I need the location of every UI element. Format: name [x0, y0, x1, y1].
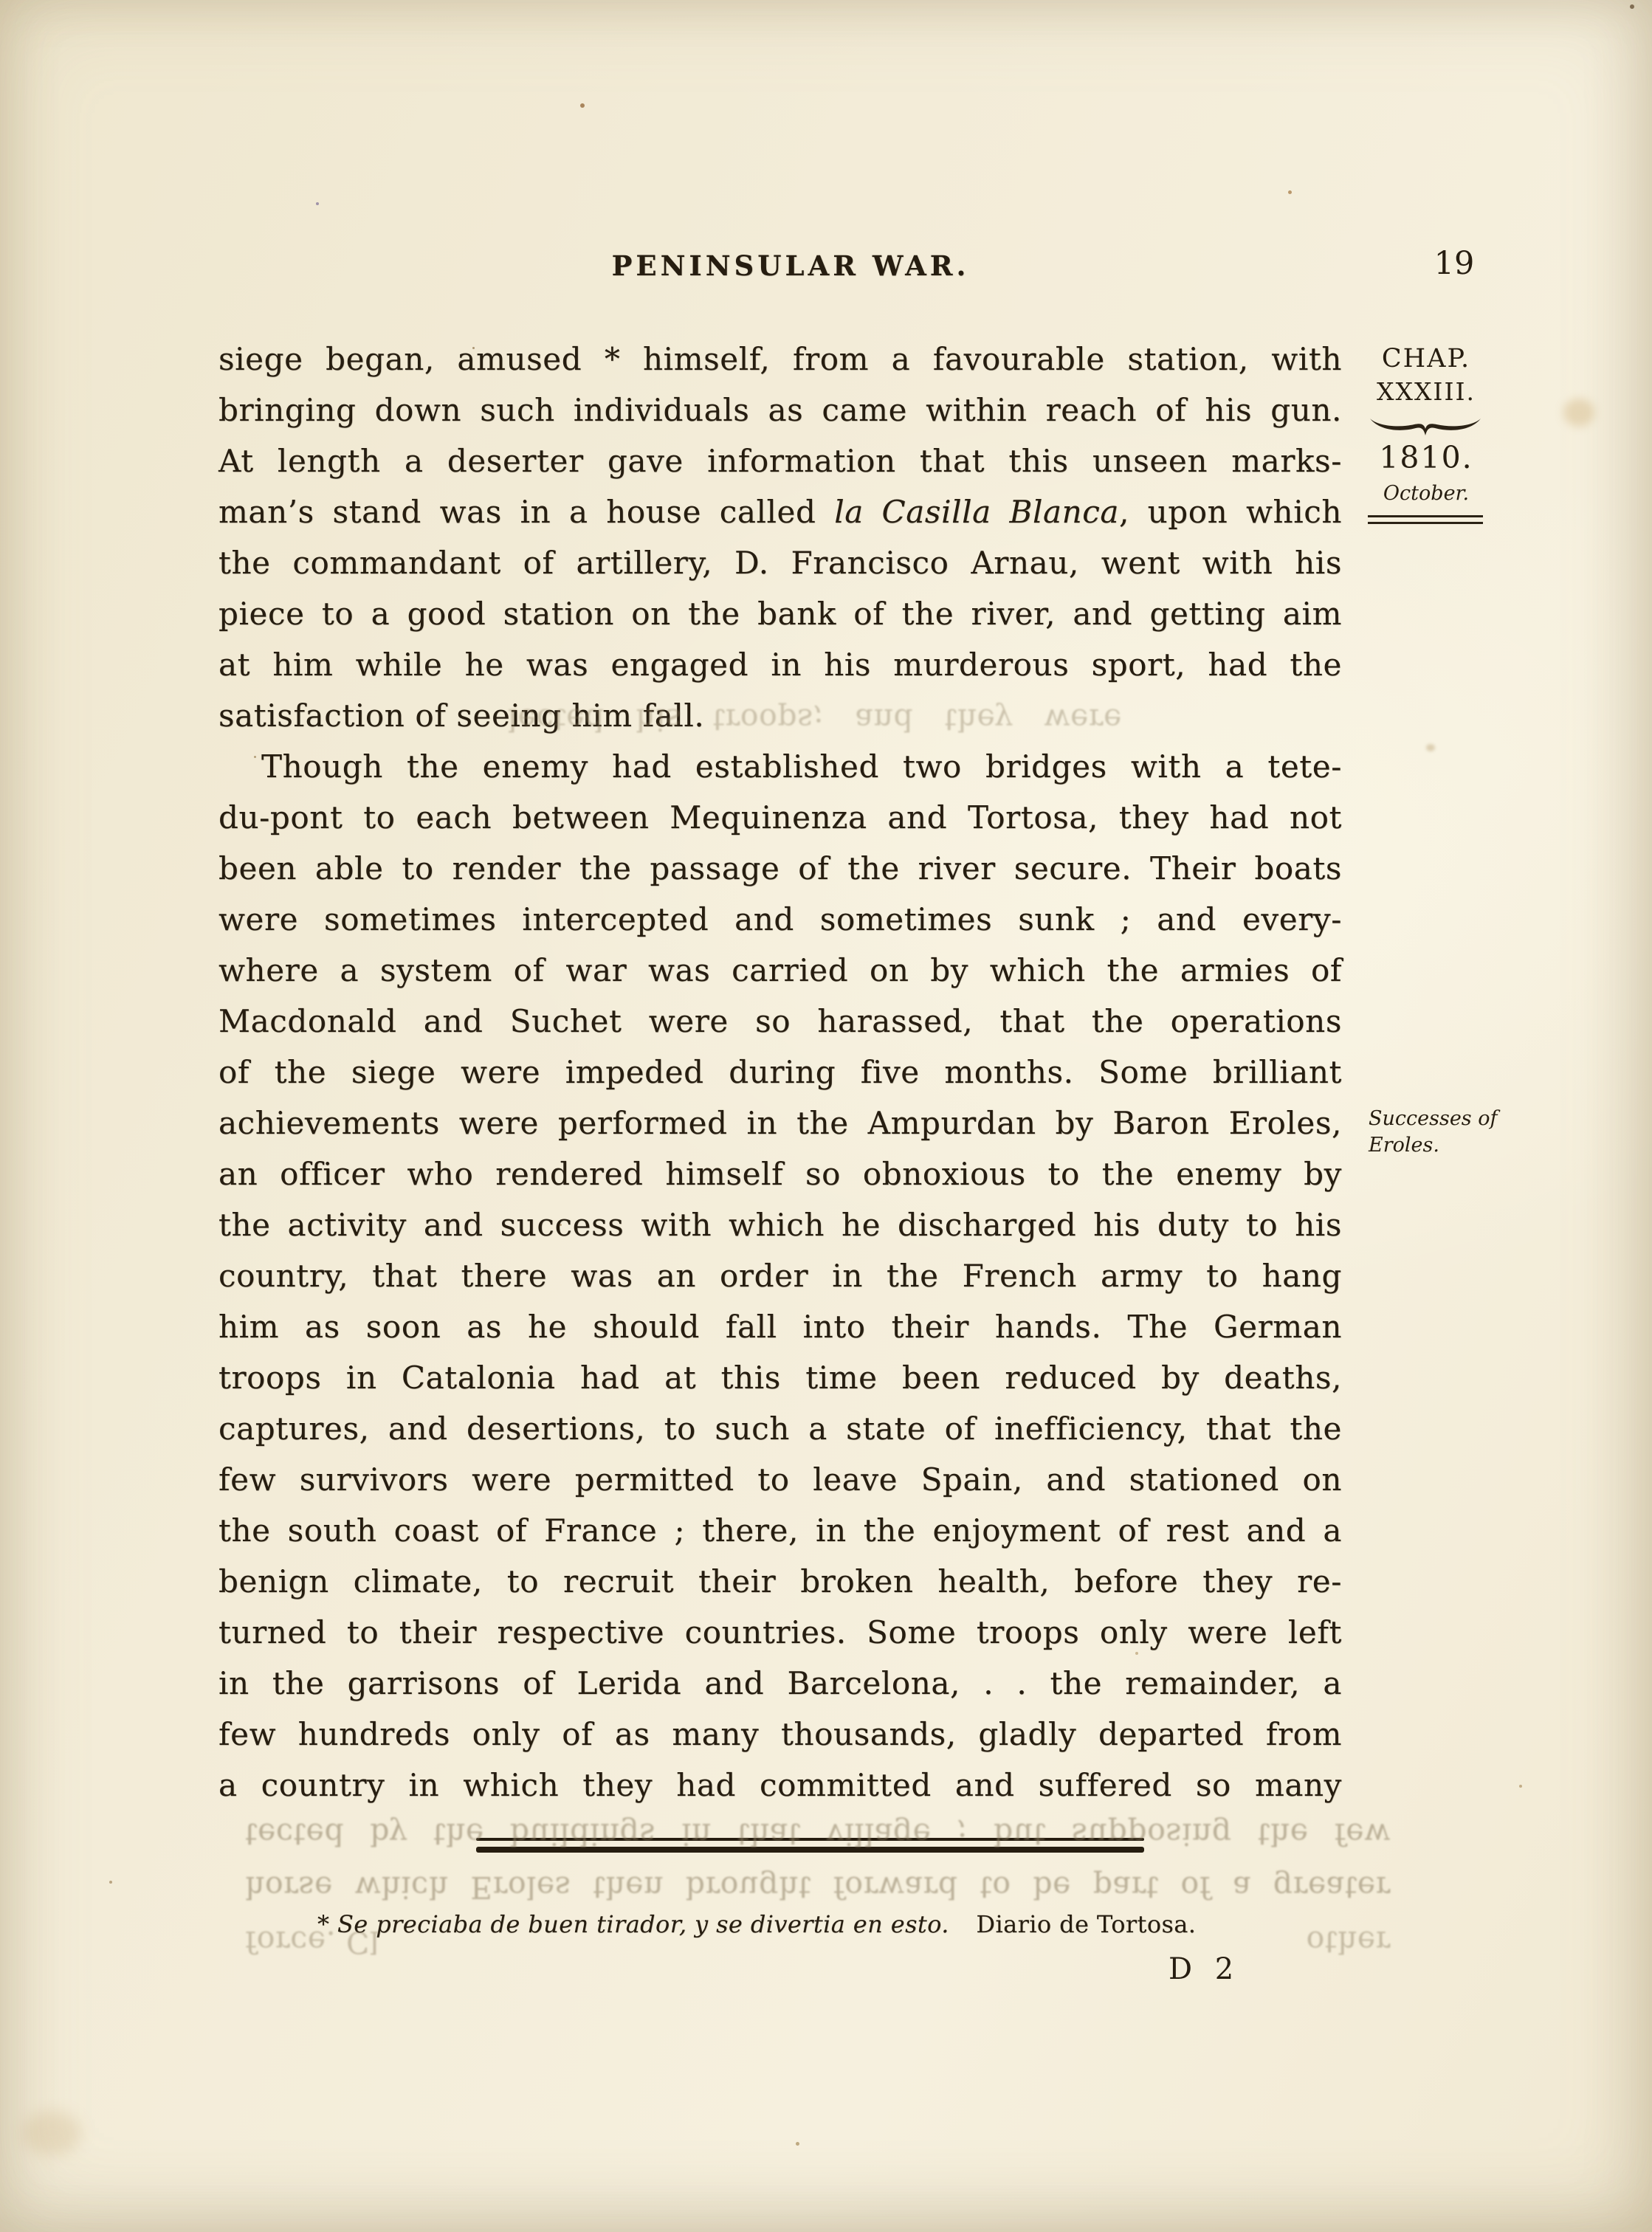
text-segment: were sometimes intercepted and sometimes…	[218, 901, 1342, 937]
body-line: satisfaction of seeing him fall.	[218, 692, 1342, 743]
body-line: country, that there was an order in the …	[218, 1253, 1342, 1303]
text-segment: where a system of war was carried on by …	[218, 952, 1342, 988]
text-segment: the south coast of France ; there, in th…	[218, 1512, 1342, 1549]
text-segment: turned to their respective countries. So…	[218, 1614, 1342, 1650]
text-segment: du-pont to each between Mequinenza and T…	[218, 799, 1342, 836]
text-segment: country, that there was an order in the …	[218, 1258, 1342, 1294]
paper-speckle	[1288, 190, 1292, 194]
signature-mark: D 2	[1169, 1952, 1240, 1986]
body-line: bringing down such individuals as came w…	[218, 387, 1342, 438]
body-line: benign climate, to recruit their broken …	[218, 1558, 1342, 1609]
ghost-line: tected by the buildings in that village …	[245, 1814, 1391, 1851]
paper-stain	[1563, 399, 1594, 427]
text-segment: the activity and success with which he d…	[218, 1207, 1342, 1243]
text-segment: achievements were performed in the Ampur…	[218, 1105, 1342, 1141]
text-segment: at him while he was engaged in his murde…	[218, 647, 1342, 683]
body-line: an officer who rendered himself so obnox…	[218, 1151, 1342, 1202]
chapter-numeral: XXXIII.	[1366, 376, 1487, 407]
text-segment: man’s stand was in a house called	[218, 494, 834, 530]
body-line: in the garrisons of Lerida and Barcelona…	[218, 1660, 1342, 1711]
text-segment: a country in which they had committed an…	[218, 1767, 1342, 1803]
side-note-line: Eroles.	[1369, 1132, 1524, 1159]
text-segment: benign climate, to recruit their broken …	[218, 1563, 1342, 1599]
body-line: few hundreds only of as many thousands, …	[218, 1711, 1342, 1762]
body-line: the commandant of artillery, D. Francisc…	[218, 540, 1342, 590]
text-segment: few survivors were permitted to leave Sp…	[218, 1461, 1342, 1498]
body-line: achievements were performed in the Ampur…	[218, 1100, 1342, 1151]
text-segment: piece to a good station on the bank of t…	[218, 596, 1342, 632]
body-line: piece to a good station on the bank of t…	[218, 590, 1342, 641]
text-segment: At length a deserter gave information th…	[218, 443, 1342, 479]
text-segment: few hundreds only of as many thousands, …	[218, 1716, 1342, 1752]
text-segment: Macdonald and Suchet were so harassed, t…	[218, 1003, 1342, 1039]
paper-speckle	[316, 202, 319, 205]
body-line: troops in Catalonia had at this time bee…	[218, 1354, 1342, 1405]
body-line: where a system of war was carried on by …	[218, 947, 1342, 998]
page-number: 19	[1425, 245, 1484, 282]
body-line: a country in which they had committed an…	[218, 1762, 1342, 1813]
text-segment: him as soon as he should fall into their…	[218, 1309, 1342, 1345]
body-line: at him while he was engaged in his murde…	[218, 641, 1342, 692]
text-segment: troops in Catalonia had at this time bee…	[218, 1360, 1342, 1396]
footnote-rule-thin	[476, 1838, 1144, 1841]
paper-speckle	[796, 2142, 799, 2146]
body-line: the south coast of France ; there, in th…	[218, 1507, 1342, 1558]
body-line: At length a deserter gave information th…	[218, 438, 1342, 489]
running-head-title: PENINSULAR WAR.	[229, 249, 1352, 282]
footnote-source: Diario de Tortosa.	[976, 1910, 1196, 1938]
body-line: been able to render the passage of the r…	[218, 845, 1342, 896]
chapter-margin-note: CHAP. XXXIII.	[1366, 341, 1487, 407]
book-page: PENINSULAR WAR. 19 siege began, amused *…	[0, 0, 1652, 2232]
margin-month: October.	[1366, 482, 1487, 505]
text-segment: captures, and desertions, to such a stat…	[218, 1410, 1342, 1447]
text-segment: in the garrisons of Lerida and Barcelona…	[218, 1665, 1342, 1701]
text-segment: of the siege were impeded during five mo…	[218, 1054, 1342, 1090]
body-line: turned to their respective countries. So…	[218, 1609, 1342, 1660]
body-line: siege began, amused * himself, from a fa…	[218, 336, 1342, 387]
margin-divider-rule	[1368, 515, 1483, 524]
footnote-marker: *	[317, 1910, 329, 1938]
body-line: Macdonald and Suchet were so harassed, t…	[218, 998, 1342, 1049]
text-segment: the commandant of artillery, D. Francisc…	[218, 545, 1342, 581]
text-segment: an officer who rendered himself so obnox…	[218, 1156, 1342, 1192]
body-line: man’s stand was in a house called la Cas…	[218, 489, 1342, 540]
text-segment: been able to render the passage of the r…	[218, 850, 1342, 886]
ghost-line: horse which Eroles then brought forward …	[245, 1867, 1391, 1904]
body-line: of the siege were impeded during five mo…	[218, 1049, 1342, 1100]
body-text: siege began, amused * himself, from a fa…	[218, 336, 1342, 1813]
footnote: * Se preciaba de buen tirador, y se dive…	[317, 1910, 1351, 1938]
body-line: few survivors were permitted to leave Sp…	[218, 1456, 1342, 1507]
chapter-label: CHAP.	[1366, 341, 1487, 376]
body-line: captures, and desertions, to such a stat…	[218, 1405, 1342, 1456]
body-line: the activity and success with which he d…	[218, 1202, 1342, 1253]
footnote-rule-thick	[476, 1847, 1144, 1853]
text-segment: bringing down such individuals as came w…	[218, 392, 1342, 428]
text-segment: satisfaction of seeing him fall.	[218, 697, 704, 734]
text-segment: siege began, amused * himself, from a fa…	[218, 341, 1342, 377]
side-note-successes: Successes of Eroles.	[1369, 1106, 1524, 1159]
paper-stain	[1426, 744, 1435, 751]
paper-speckle	[109, 1881, 112, 1884]
paper-speckle	[580, 103, 585, 108]
body-line: Though the enemy had established two bri…	[218, 743, 1342, 794]
body-line: him as soon as he should fall into their…	[218, 1303, 1342, 1354]
text-segment: Though the enemy had established two bri…	[261, 748, 1342, 785]
brace-ornament-icon	[1367, 415, 1484, 440]
body-line: were sometimes intercepted and sometimes…	[218, 896, 1342, 947]
footnote-quote: Se preciaba de buen tirador, y se divert…	[337, 1910, 949, 1938]
italic-phrase: la Casilla Blanca	[834, 494, 1119, 530]
side-note-line: Successes of	[1369, 1106, 1524, 1132]
paper-speckle	[1630, 4, 1634, 9]
paper-stain	[22, 2111, 81, 2155]
margin-year: 1810.	[1366, 440, 1487, 475]
text-segment: , upon which	[1119, 494, 1342, 530]
body-line: du-pont to each between Mequinenza and T…	[218, 794, 1342, 845]
paper-speckle	[1519, 1785, 1522, 1788]
